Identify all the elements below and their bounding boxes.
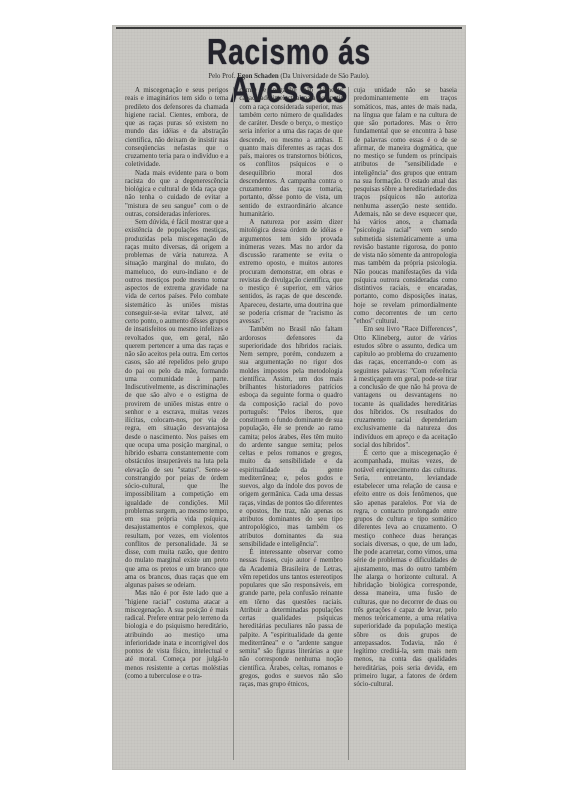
column-2: coma) e nega-lhe não sòmente capacidade … [233,87,347,760]
column-1: A miscegenação e seus perigos reais e im… [120,87,233,760]
paragraph: Mas não é por êste lado que a "higiene r… [125,590,228,681]
byline-affiliation: (Da Universidade de São Paulo). [280,73,369,80]
byline-author: Egon Schaden [237,73,278,80]
paragraph: É certo que a miscegenação é acompanhada… [354,450,457,689]
paragraph: Sem dúvida, é fácil mostrar que a existê… [125,219,228,590]
paragraph: A miscegenação e seus perigos reais e im… [125,87,228,170]
paragraph: coma) e nega-lhe não sòmente capacidade … [239,87,342,219]
paragraph: Nada mais evidente para o bom racista do… [125,170,228,220]
paragraph: Em seu livro "Race Differences", Otto Kl… [354,326,457,450]
paragraph: cuja unidade não se baseia predominantem… [354,87,457,326]
byline-prefix: Pelo Prof. [208,73,235,80]
top-rule-divider [116,27,462,29]
paragraph: Também no Brasil não faltam ardorosos de… [239,326,342,549]
column-3: cuja unidade não se baseia predominantem… [348,87,462,760]
article-byline: Pelo Prof. Egon Schaden (Da Universidade… [112,73,466,80]
newspaper-clipping: Racismo ás Avessas Pelo Prof. Egon Schad… [112,25,466,770]
paragraph: A natureza por assim dizer mitológica de… [239,219,342,326]
article-columns: A miscegenação e seus perigos reais e im… [120,87,462,760]
paragraph: É interessante observar como nessas fras… [239,549,342,689]
